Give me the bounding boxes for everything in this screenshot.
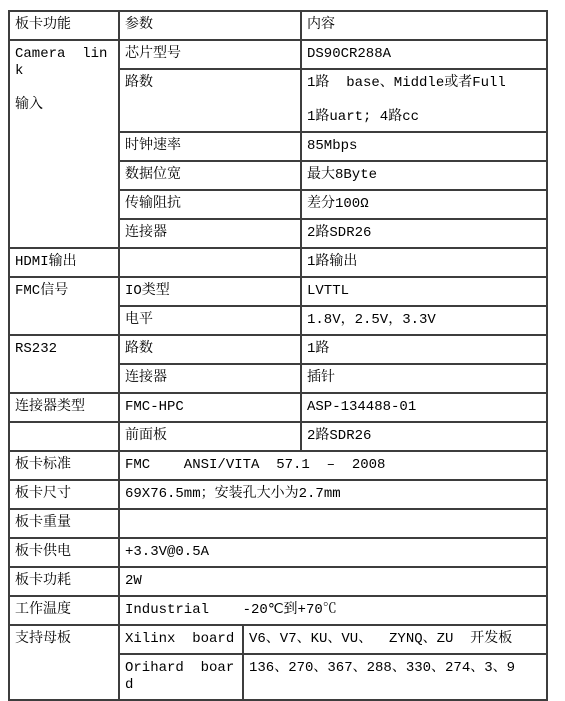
value-cell <box>119 248 301 277</box>
table-row: 工作温度Industrial -20℃到+70℃ <box>9 596 547 625</box>
table-row: 板卡标准FMC ANSI/VITA 57.1 – 2008 <box>9 451 547 480</box>
table-row: 板卡尺寸69X76.5mm；安装孔大小为2.7mm <box>9 480 547 509</box>
row-label-cell: RS232 <box>9 335 119 393</box>
value-cell: 前面板 <box>119 422 301 451</box>
row-label-cell: 工作温度 <box>9 596 119 625</box>
row-label-cell: 路数 <box>119 69 301 132</box>
value-cell: 路数 <box>119 335 301 364</box>
value-cell: V6、V7、KU、VU、 ZYNQ、ZU 开发板 <box>243 625 547 654</box>
value-cell: 1路输出 <box>301 248 547 277</box>
row-label-cell: 板卡尺寸 <box>9 480 119 509</box>
table-row: 板卡功耗2W <box>9 567 547 596</box>
row-label-cell: 连接器类型 <box>9 393 119 422</box>
column-header-cell: 参数 <box>119 11 301 40</box>
table-row: 支持母板Xilinx boardV6、V7、KU、VU、 ZYNQ、ZU 开发板 <box>9 625 547 654</box>
value-cell: IO类型 <box>119 277 301 306</box>
value-cell: Xilinx board <box>119 625 243 654</box>
row-label-cell: HDMI输出 <box>9 248 119 277</box>
value-cell: 136、270、367、288、330、274、3、9 <box>243 654 547 700</box>
value-cell: 2路SDR26 <box>301 422 547 451</box>
row-label-cell: FMC信号 <box>9 277 119 335</box>
value-cell: FMC-HPC <box>119 393 301 422</box>
row-label-cell: 电平 <box>119 306 301 335</box>
row-label-cell: 支持母板 <box>9 625 119 700</box>
row-label-cell: 板卡标准 <box>9 451 119 480</box>
row-label-cell: 传输阻抗 <box>119 190 301 219</box>
value-cell: ASP-134488-01 <box>301 393 547 422</box>
row-label-cell: 板卡重量 <box>9 509 119 538</box>
value-cell: 2路SDR26 <box>301 219 547 248</box>
spec-table-body: 板卡功能参数内容Camera link 输入芯片型号DS90CR288A路数1路… <box>9 11 547 700</box>
value-cell: 1路 base、Middle或者Full 1路uart; 4路cc <box>301 69 547 132</box>
value-cell: 芯片型号 <box>119 40 301 69</box>
table-row: FMC信号IO类型LVTTL <box>9 277 547 306</box>
table-row: HDMI输出1路输出 <box>9 248 547 277</box>
value-cell: DS90CR288A <box>301 40 547 69</box>
row-label-cell: 连接器 <box>119 364 301 393</box>
column-header-cell: 内容 <box>301 11 547 40</box>
value-cell: 2W <box>119 567 547 596</box>
table-row: 前面板2路SDR26 <box>9 422 547 451</box>
table-row: 板卡重量 <box>9 509 547 538</box>
row-label-cell: Camera link 输入 <box>9 40 119 248</box>
value-cell: 69X76.5mm；安装孔大小为2.7mm <box>119 480 547 509</box>
value-cell: 插针 <box>301 364 547 393</box>
value-cell: Industrial -20℃到+70℃ <box>119 596 547 625</box>
value-cell: 1路 <box>301 335 547 364</box>
value-cell: 最大8Byte <box>301 161 547 190</box>
row-label-cell <box>9 422 119 451</box>
value-cell: +3.3V@0.5A <box>119 538 547 567</box>
row-label-cell: 板卡功耗 <box>9 567 119 596</box>
page: 板卡功能参数内容Camera link 输入芯片型号DS90CR288A路数1路… <box>0 0 565 688</box>
header-row: 板卡功能参数内容 <box>9 11 547 40</box>
table-row: RS232路数1路 <box>9 335 547 364</box>
value-cell: 1.8V，2.5V，3.3V <box>301 306 547 335</box>
table-row: Camera link 输入芯片型号DS90CR288A <box>9 40 547 69</box>
value-cell: FMC ANSI/VITA 57.1 – 2008 <box>119 451 547 480</box>
row-label-cell: 数据位宽 <box>119 161 301 190</box>
value-cell: LVTTL <box>301 277 547 306</box>
table-row: 连接器类型FMC-HPCASP-134488-01 <box>9 393 547 422</box>
value-cell <box>119 509 547 538</box>
board-spec-table: 板卡功能参数内容Camera link 输入芯片型号DS90CR288A路数1路… <box>8 10 548 701</box>
row-label-cell: Orihard board <box>119 654 243 700</box>
value-cell: 差分100Ω <box>301 190 547 219</box>
row-label-cell: 连接器 <box>119 219 301 248</box>
column-header-cell: 板卡功能 <box>9 11 119 40</box>
table-row: 板卡供电+3.3V@0.5A <box>9 538 547 567</box>
value-cell: 85Mbps <box>301 132 547 161</box>
row-label-cell: 时钟速率 <box>119 132 301 161</box>
row-label-cell: 板卡供电 <box>9 538 119 567</box>
